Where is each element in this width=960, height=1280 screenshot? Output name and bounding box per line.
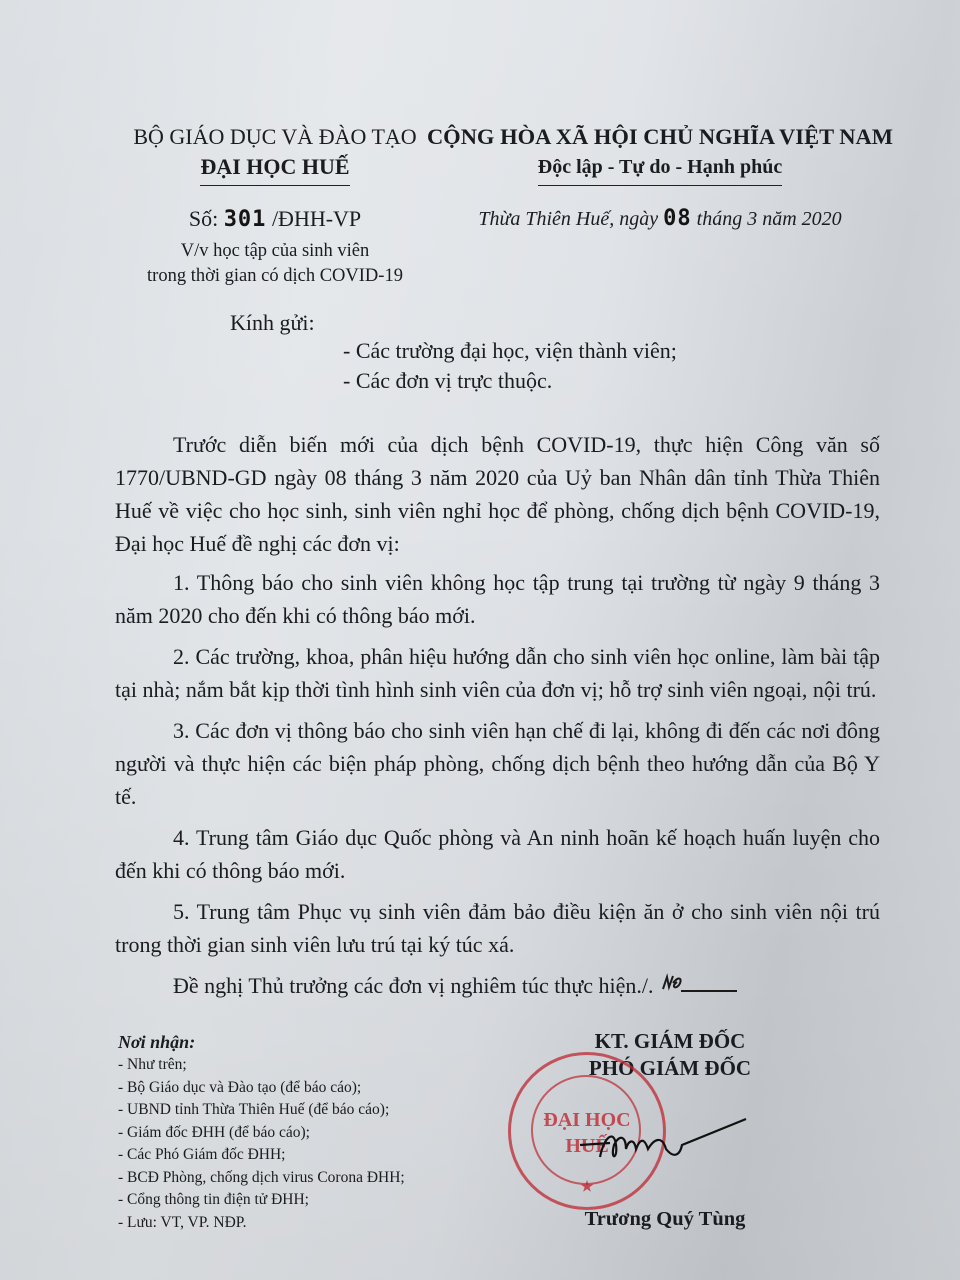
- point-2: 2. Các trường, khoa, phân hiệu hướng dẫn…: [115, 640, 880, 706]
- document-body: Trước diễn biến mới của dịch bệnh COVID-…: [115, 428, 880, 1002]
- intro-paragraph: Trước diễn biến mới của dịch bệnh COVID-…: [115, 428, 880, 560]
- place-date: Thừa Thiên Huế, ngày 08 tháng 3 năm 2020: [420, 204, 900, 234]
- motto: Độc lập - Tự do - Hạnh phúc: [538, 152, 782, 186]
- point-1: 1. Thông báo cho sinh viên không học tập…: [115, 566, 880, 632]
- initials-icon: [659, 973, 739, 995]
- signer-name: Trương Quý Tùng: [555, 1208, 775, 1231]
- subject: V/v học tập của sinh viên trong thời gia…: [100, 239, 450, 289]
- greeting: Kính gửi:: [230, 306, 730, 339]
- point-5: 5. Trung tâm Phục vụ sinh viên đảm bảo đ…: [115, 895, 880, 961]
- signature-scribble-icon: [570, 1115, 770, 1175]
- recipient-item: - BCĐ Phòng, chống dịch virus Corona ĐHH…: [118, 1167, 538, 1190]
- addressee-list: - Các trường đại học, viện thành viên; -…: [343, 336, 843, 396]
- addressee-item: - Các trường đại học, viện thành viên;: [343, 336, 843, 366]
- recipient-item: - Lưu: VT, VP. NĐP.: [118, 1212, 538, 1235]
- addressee-item: - Các đơn vị trực thuộc.: [343, 366, 843, 396]
- document-page: BỘ GIÁO DỤC VÀ ĐÀO TẠO ĐẠI HỌC HUẾ Số: 3…: [0, 0, 960, 1280]
- recipient-item: - Như trên;: [118, 1054, 538, 1077]
- closing-line: Đề nghị Thủ trưởng các đơn vị nghiêm túc…: [115, 969, 880, 1002]
- header-left: BỘ GIÁO DỤC VÀ ĐÀO TẠO ĐẠI HỌC HUẾ Số: 3…: [100, 122, 450, 289]
- country-name: CỘNG HÒA XÃ HỘI CHỦ NGHĨA VIỆT NAM: [420, 122, 900, 152]
- handwritten-number: 301: [224, 207, 267, 232]
- point-3: 3. Các đơn vị thông báo cho sinh viên hạ…: [115, 714, 880, 813]
- recipient-item: - Cổng thông tin điện tử ĐHH;: [118, 1189, 538, 1212]
- recipient-item: - Các Phó Giám đốc ĐHH;: [118, 1144, 538, 1167]
- document-number: Số: 301 /ĐHH-VP: [100, 204, 450, 235]
- recipients: Nơi nhận: - Như trên; - Bộ Giáo dục và Đ…: [118, 1030, 538, 1234]
- recipient-item: - UBND tỉnh Thừa Thiên Huế (để báo cáo);: [118, 1099, 538, 1122]
- handwritten-day: 08: [663, 206, 692, 231]
- recipients-title: Nơi nhận:: [118, 1030, 538, 1054]
- point-4: 4. Trung tâm Giáo dục Quốc phòng và An n…: [115, 821, 880, 887]
- ministry-name: BỘ GIÁO DỤC VÀ ĐÀO TẠO: [100, 122, 450, 152]
- university-name: ĐẠI HỌC HUẾ: [200, 152, 349, 186]
- header-right: CỘNG HÒA XÃ HỘI CHỦ NGHĨA VIỆT NAM Độc l…: [420, 122, 900, 234]
- recipient-item: - Giám đốc ĐHH (để báo cáo);: [118, 1122, 538, 1145]
- recipient-item: - Bộ Giáo dục và Đào tạo (để báo cáo);: [118, 1077, 538, 1100]
